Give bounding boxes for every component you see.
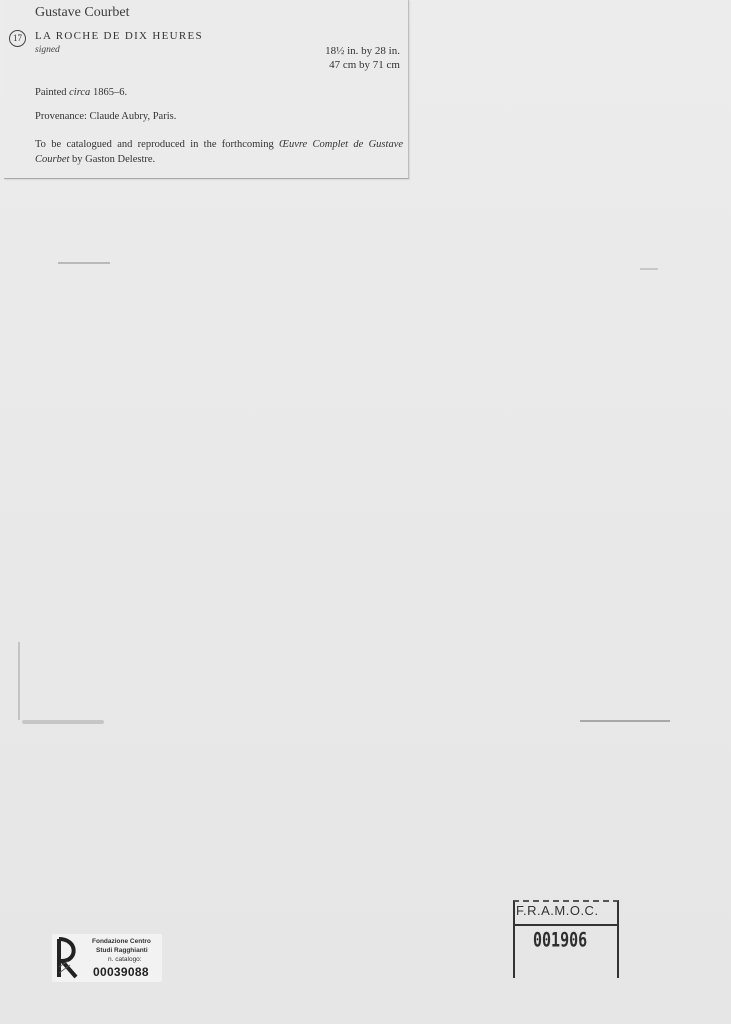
catalogue-clipping: Gustave Courbet 17 LA ROCHE DE DIX HEURE… <box>4 0 409 179</box>
stamp-number: 001906 <box>533 928 587 951</box>
catalogue-note: To be catalogued and reproduced in the f… <box>35 137 403 167</box>
painted-date: Painted circa 1865–6. <box>35 87 127 98</box>
inscription: signed <box>35 45 60 55</box>
painted-year: 1865–6. <box>93 87 127 98</box>
painted-label: Painted <box>35 87 67 98</box>
stamp-header: F.R.A.M.O.C. <box>516 903 599 918</box>
tape-mark <box>18 642 20 720</box>
tape-mark <box>22 720 104 724</box>
framoc-stamp: F.R.A.M.O.C. 001906 <box>513 900 617 978</box>
photo-verso-page: Gustave Courbet 17 LA ROCHE DE DIX HEURE… <box>0 0 731 1024</box>
label-line-2: Studi Ragghianti <box>96 947 148 954</box>
dimensions-cm: 47 cm by 71 cm <box>329 59 400 71</box>
note-prefix: To be catalogued and reproduced in the f… <box>35 139 274 150</box>
label-line-3: n. catalogo: <box>108 956 142 963</box>
archive-label: Fondazione Centro Studi Ragghianti n. ca… <box>52 934 162 982</box>
tape-mark <box>640 268 658 270</box>
catalog-number: 00039088 <box>93 965 149 979</box>
tape-mark <box>58 262 110 264</box>
artist-name: Gustave Courbet <box>35 5 129 21</box>
artwork-title: LA ROCHE DE DIX HEURES <box>35 30 203 42</box>
lot-number-badge: 17 <box>9 30 26 47</box>
tape-mark <box>580 720 670 722</box>
dimensions-inches: 18½ in. by 28 in. <box>325 45 400 57</box>
painted-circa: circa <box>69 87 90 98</box>
note-suffix: by Gaston Delestre. <box>72 154 155 165</box>
label-line-1: Fondazione Centro <box>92 938 151 945</box>
provenance: Provenance: Claude Aubry, Paris. <box>35 111 176 122</box>
fondazione-r-logo-icon <box>56 937 80 979</box>
